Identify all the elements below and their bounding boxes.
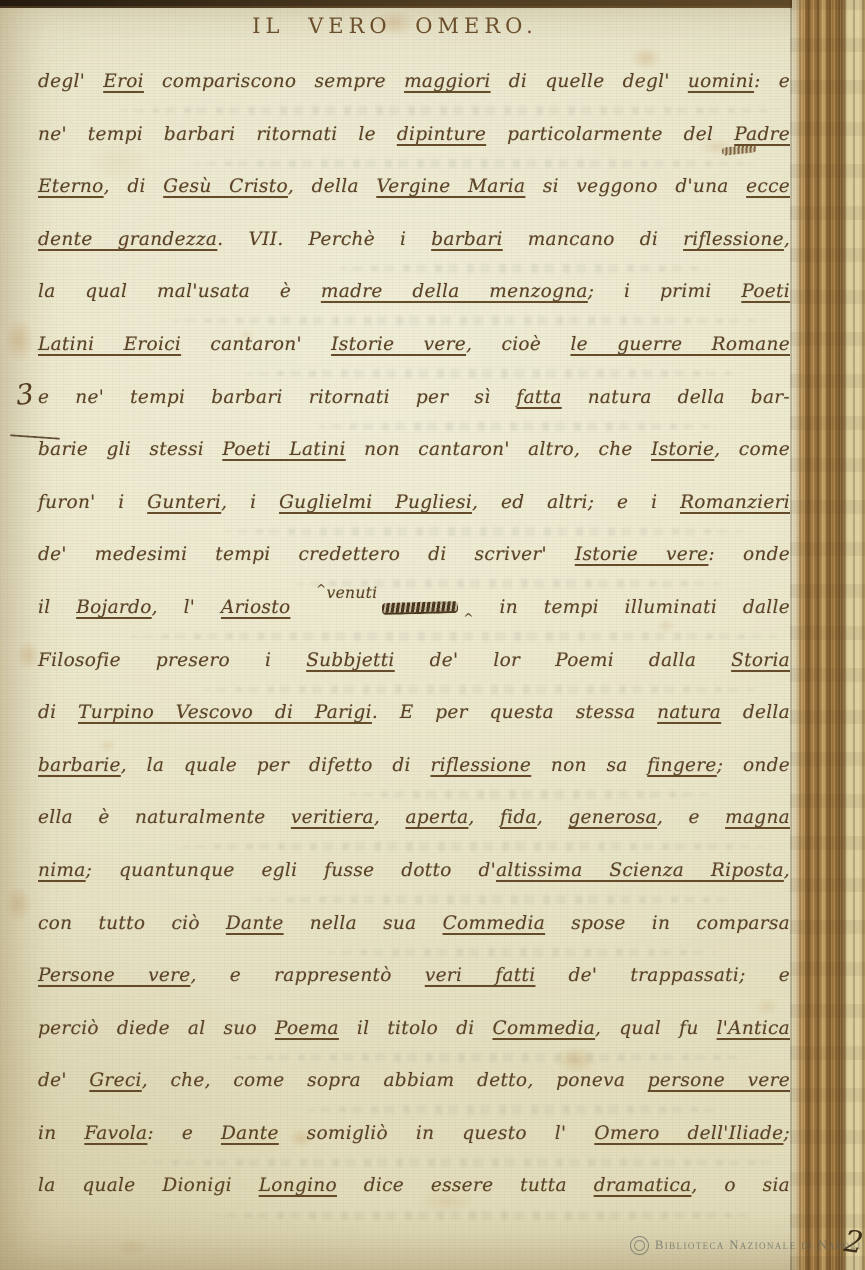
underlined-word: le guerre Romane	[570, 334, 790, 355]
underlined-word: Gesù Cristo	[163, 176, 288, 197]
inserted-word: venuti	[327, 584, 378, 602]
text-segment: , e	[657, 807, 725, 828]
manuscript-line: il Bojardo, l' Ariosto ^venuti^ in tempi…	[38, 582, 790, 635]
underlined-word: Istorie vere	[575, 544, 709, 565]
text-segment: , la quale per difetto di	[121, 755, 431, 776]
manuscript-line: e ne' tempi barbari ritornati per sì fat…	[38, 372, 790, 425]
underlined-word: uomini	[688, 71, 754, 92]
text-segment: , della	[288, 176, 376, 197]
underlined-word: fatta	[516, 387, 561, 408]
text-segment: nella sua	[284, 913, 443, 934]
text-segment: compariscono sempre	[144, 71, 404, 92]
text-segment: e ne' tempi barbari ritornati per sì	[38, 387, 516, 408]
underlined-word: Istorie	[651, 439, 714, 460]
crossed-out-word	[382, 601, 458, 615]
text-segment: il	[38, 597, 76, 618]
underlined-word: Padre	[734, 124, 790, 145]
text-segment: mancano di	[503, 229, 683, 250]
underlined-word: altissima Scienza Riposta	[496, 860, 784, 881]
text-segment: de' lor Poemi dalla	[395, 650, 732, 671]
text-segment: , e rappresentò	[191, 965, 425, 986]
text-segment: degl'	[38, 71, 103, 92]
text-segment: ;	[783, 1123, 790, 1144]
manuscript-line: Filosofie presero i Subbjetti de' lor Po…	[38, 635, 790, 688]
underlined-word: Poema	[275, 1018, 339, 1039]
underlined-word: Dante	[226, 913, 284, 934]
text-segment: di quelle degl'	[491, 71, 688, 92]
underlined-word: Vergine Maria	[376, 176, 525, 197]
text-segment: . VII. Perchè i	[217, 229, 431, 250]
text-segment: ,	[468, 807, 500, 828]
manuscript-line: ne' tempi barbari ritornati le dipinture…	[38, 109, 790, 162]
text-segment: si veggono d'una	[525, 176, 746, 197]
underlined-word: dente grandezza	[38, 229, 217, 250]
text-segment: barie gli stessi	[38, 439, 222, 460]
text-segment: , o sia	[691, 1175, 790, 1196]
text-segment: il titolo di	[339, 1018, 493, 1039]
text-segment: , cioè	[466, 334, 570, 355]
manuscript-line: dente grandezza. VII. Perchè i barbari m…	[38, 214, 790, 267]
manuscript-line: Eterno, di Gesù Cristo, della Vergine Ma…	[38, 161, 790, 214]
text-segment: somigliò in questo l'	[279, 1123, 595, 1144]
text-segment: ; i primi	[588, 281, 742, 302]
underlined-word: ecce	[746, 176, 790, 197]
text-segment: ,	[537, 807, 569, 828]
text-segment: Filosofie presero i	[38, 650, 306, 671]
underlined-word: Favola	[84, 1123, 147, 1144]
library-emblem-icon	[630, 1236, 649, 1255]
text-segment: non sa	[531, 755, 647, 776]
text-segment: ; onde	[717, 755, 790, 776]
underlined-word: Storia	[731, 650, 790, 671]
manuscript-page: IL VERO OMERO. degl' Eroi compariscono s…	[0, 0, 865, 1270]
underlined-word: fida	[500, 807, 537, 828]
underlined-word: Romanzieri	[680, 492, 790, 513]
underlined-word: barbarie	[38, 755, 121, 776]
text-segment: in tempi illuminati dalle	[474, 597, 790, 618]
text-segment: , l'	[152, 597, 221, 618]
manuscript-line: la quale Dionigi Longino dice essere tut…	[38, 1160, 790, 1213]
manuscript-line: di Turpino Vescovo di Parigi. E per ques…	[38, 687, 790, 740]
text-segment: non cantaron' altro, che	[346, 439, 651, 460]
text-segment: la quale Dionigi	[38, 1175, 259, 1196]
page-title: IL VERO OMERO.	[0, 14, 790, 38]
text-segment: de' trappassati; e	[535, 965, 790, 986]
page-top-edge	[0, 0, 792, 8]
underlined-word: Ariosto	[221, 597, 290, 618]
text-segment: , i	[221, 492, 279, 513]
text-segment: natura della bar-	[562, 387, 790, 408]
text-segment: de'	[38, 1070, 89, 1091]
manuscript-line: in Favola: e Dante somigliò in questo l'…	[38, 1108, 790, 1161]
text-segment: ella è naturalmente	[38, 807, 291, 828]
underlined-word: Bojardo	[76, 597, 151, 618]
underlined-word: Guglielmi Pugliesi	[279, 492, 472, 513]
text-segment: cantaron'	[181, 334, 331, 355]
margin-mark: 3	[14, 377, 35, 412]
manuscript-lines: degl' Eroi compariscono sempre maggiori …	[38, 56, 790, 1213]
underlined-word: dramatica	[594, 1175, 692, 1196]
underlined-word: Dante	[221, 1123, 279, 1144]
underlined-word: Subbjetti	[306, 650, 394, 671]
underlined-word: Eterno	[38, 176, 104, 197]
underlined-word: nima	[38, 860, 86, 881]
text-segment: in	[38, 1123, 84, 1144]
underlined-word: magna	[725, 807, 790, 828]
book-binding-edge	[790, 0, 865, 1270]
underlined-word: Eroi	[103, 71, 144, 92]
underlined-word: dipinture	[397, 124, 486, 145]
underlined-word: Latini Eroici	[38, 334, 181, 355]
underlined-word: persone vere	[648, 1070, 790, 1091]
text-segment: spose in comparsa	[545, 913, 790, 934]
text-segment: de' medesimi tempi credettero di scriver…	[38, 544, 575, 565]
underlined-word: Omero dell'Iliade	[594, 1123, 783, 1144]
underlined-word: veritiera	[291, 807, 374, 828]
manuscript-line: la qual mal'usata è madre della menzogna…	[38, 266, 790, 319]
manuscript-line: barie gli stessi Poeti Latini non cantar…	[38, 424, 790, 477]
text-segment: di	[38, 702, 78, 723]
manuscript-line: degl' Eroi compariscono sempre maggiori …	[38, 56, 790, 109]
underlined-word: generosa	[568, 807, 657, 828]
text-segment: : onde	[708, 544, 790, 565]
underlined-word: aperta	[405, 807, 468, 828]
underlined-word: riflessione	[683, 229, 784, 250]
text-segment: con tutto ciò	[38, 913, 226, 934]
underlined-word: l'Antica	[717, 1018, 790, 1039]
text-segment: . E per questa stessa	[372, 702, 657, 723]
underlined-word: fingere	[647, 755, 716, 776]
manuscript-line: Latini Eroici cantaron' Istorie vere, ci…	[38, 319, 790, 372]
text-segment: : e	[147, 1123, 221, 1144]
text-segment: furon' i	[38, 492, 147, 513]
text-segment: ,	[374, 807, 406, 828]
underlined-word: maggiori	[404, 71, 490, 92]
manuscript-line: de' Greci, che, come sopra abbiam detto,…	[38, 1055, 790, 1108]
underlined-word: madre della menzogna	[321, 281, 588, 302]
text-segment: , che, come sopra abbiam detto, poneva	[142, 1070, 648, 1091]
text-segment: la qual mal'usata è	[38, 281, 321, 302]
manuscript-line: Persone vere, e rappresentò veri fatti d…	[38, 950, 790, 1003]
text-segment: , come	[714, 439, 790, 460]
underlined-word: Istorie vere	[331, 334, 466, 355]
text-segment: , ed altri; e i	[472, 492, 680, 513]
manuscript-line: nima; quantunque egli fusse dotto d'alti…	[38, 845, 790, 898]
manuscript-line: perciò diede al suo Poema il titolo di C…	[38, 1003, 790, 1056]
caret-mark: ^	[316, 582, 326, 596]
underlined-word: veri fatti	[425, 965, 536, 986]
underlined-word: Greci	[89, 1070, 141, 1091]
underlined-word: barbari	[431, 229, 502, 250]
manuscript-line: barbarie, la quale per difetto di rifles…	[38, 740, 790, 793]
underlined-word: Poeti	[741, 281, 790, 302]
underlined-word: Gunteri	[147, 492, 221, 513]
caret-mark: ^	[463, 611, 473, 625]
underlined-word: riflessione	[430, 755, 531, 776]
text-segment: : e	[754, 71, 790, 92]
text-segment: , di	[104, 176, 164, 197]
text-segment: della	[721, 702, 790, 723]
watermark-label: Biblioteca Nazionale di Napoli	[655, 1238, 862, 1253]
text-segment: ; quantunque egli fusse dotto d'	[86, 860, 496, 881]
library-watermark: Biblioteca Nazionale di Napoli	[630, 1236, 862, 1255]
underlined-word: natura	[657, 702, 721, 723]
text-segment: ne' tempi barbari ritornati le	[38, 124, 397, 145]
underlined-word: Commedia	[493, 1018, 596, 1039]
manuscript-line: furon' i Gunteri, i Guglielmi Pugliesi, …	[38, 477, 790, 530]
underlined-word: Persone vere	[38, 965, 191, 986]
underlined-word: Commedia	[443, 913, 546, 934]
underlined-word: Turpino Vescovo di Parigi	[78, 702, 372, 723]
text-segment: particolarmente del	[486, 124, 734, 145]
manuscript-line: con tutto ciò Dante nella sua Commedia s…	[38, 898, 790, 951]
text-segment: dice essere tutta	[337, 1175, 594, 1196]
text-segment	[290, 597, 316, 618]
text-segment: perciò diede al suo	[38, 1018, 275, 1039]
manuscript-line: ella è naturalmente veritiera, aperta, f…	[38, 792, 790, 845]
manuscript-line: de' medesimi tempi credettero di scriver…	[38, 529, 790, 582]
text-segment: , qual fu	[595, 1018, 717, 1039]
underlined-word: Poeti Latini	[222, 439, 345, 460]
underlined-word: Longino	[259, 1175, 337, 1196]
